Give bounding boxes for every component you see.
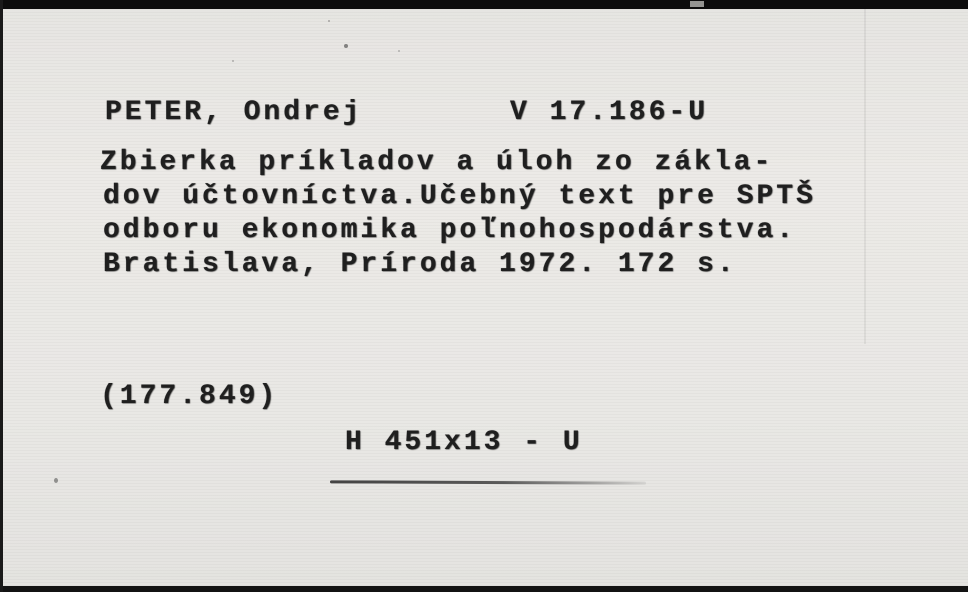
shelf-mark-underline [330,480,646,484]
catalog-card-scan: PETER, Ondrej V 17.186-U Zbierka príklad… [0,0,968,592]
call-number: V 17.186-U [510,96,708,130]
scan-edge-top [0,0,968,9]
title-statement-line: dov účtovníctva.Učebný text pre SPTŠ [103,180,816,214]
scan-edge-left [0,0,3,592]
scan-edge-notch [690,1,704,7]
scan-edge-bottom [0,586,968,592]
author-heading: PETER, Ondrej [105,96,362,130]
paper-speck [232,60,234,62]
shelf-mark: H 451x13 - U [345,426,583,460]
paper-speck [344,44,348,48]
paper-crease [864,9,866,344]
paper-speck [328,20,330,22]
paper-speck [398,50,400,52]
imprint-line: Bratislava, Príroda 1972. 172 s. [103,248,737,282]
title-statement-line: Zbierka príkladov a úloh zo zákla- [100,146,773,180]
paper-speck [54,478,58,483]
title-statement-line: odboru ekonomika poľnohospodárstva. [103,214,796,248]
classification-number: (177.849) [100,380,278,414]
